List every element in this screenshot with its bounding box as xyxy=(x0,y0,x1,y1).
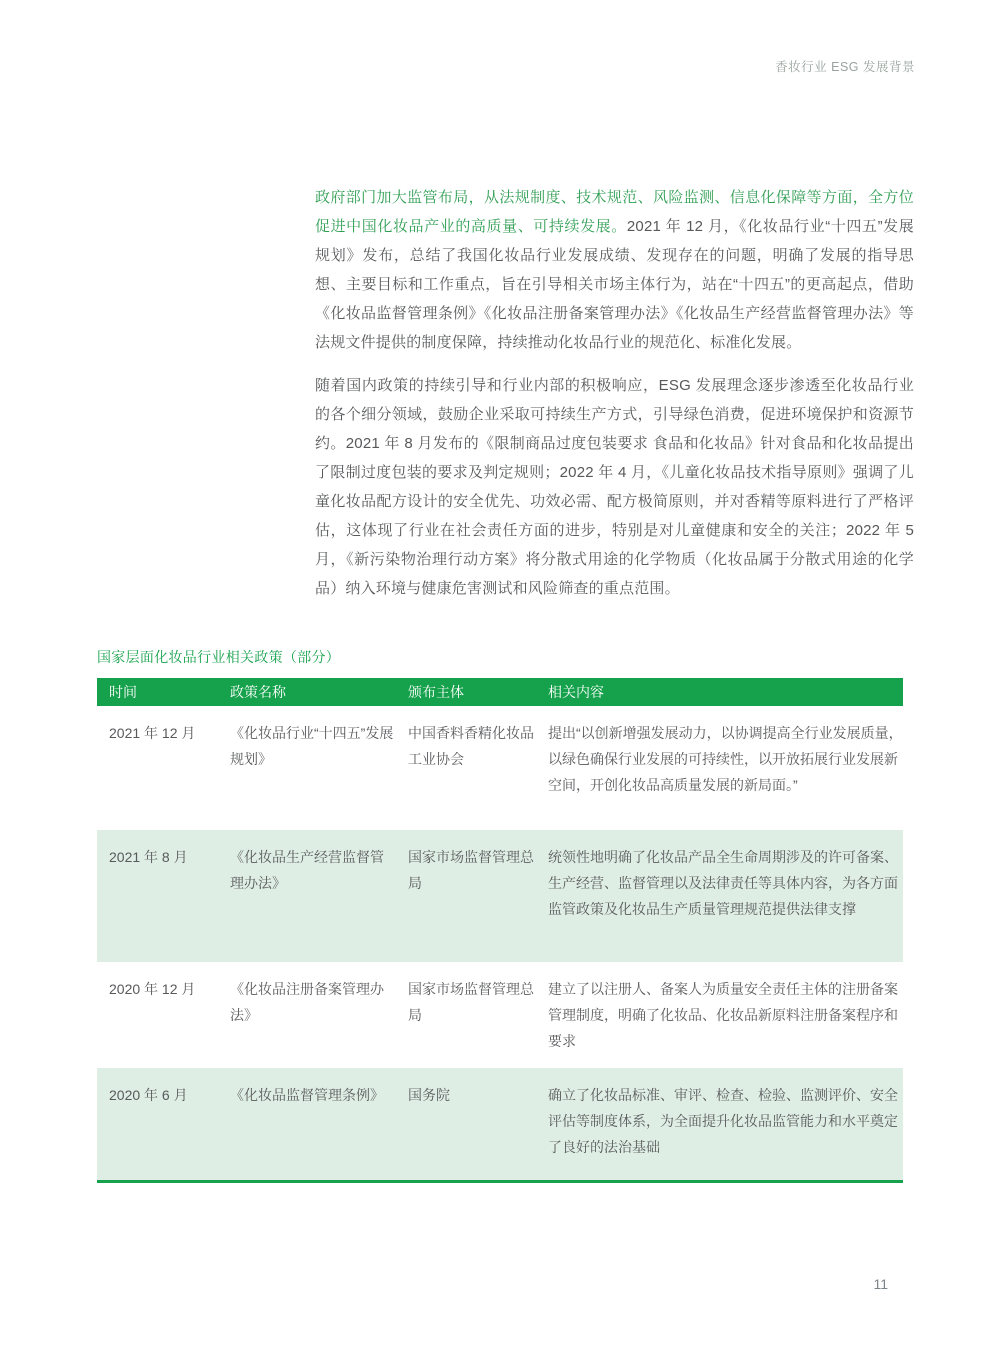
cell-time: 2020 年 12 月 xyxy=(97,962,230,1068)
table-header-row: 时间 政策名称 颁布主体 相关内容 xyxy=(97,678,903,706)
cell-content: 确立了化妆品标准、审评、检查、检验、监测评价、安全评估等制度体系，为全面提升化妆… xyxy=(548,1068,903,1180)
table-row: 2020 年 6 月 《化妆品监督管理条例》 国务院 确立了化妆品标准、审评、检… xyxy=(97,1068,903,1180)
cell-issuer: 中国香料香精化妆品工业协会 xyxy=(408,706,548,830)
cell-content: 提出“以创新增强发展动力，以协调提高全行业发展质量，以绿色确保行业发展的可持续性… xyxy=(548,706,903,830)
policy-table-section: 国家层面化妆品行业相关政策（部分） 时间 政策名称 颁布主体 相关内容 2021… xyxy=(97,647,903,1183)
cell-policy: 《化妆品监督管理条例》 xyxy=(230,1068,408,1180)
table-row: 2021 年 8 月 《化妆品生产经营监督管理办法》 国家市场监督管理总局 统领… xyxy=(97,830,903,962)
table-row: 2021 年 12 月 《化妆品行业“十四五”发展规划》 中国香料香精化妆品工业… xyxy=(97,706,903,830)
cell-content: 统领性地明确了化妆品产品全生命周期涉及的许可备案、生产经营、监督管理以及法律责任… xyxy=(548,830,903,962)
paragraph-body-text: 2021 年 12 月，《化妆品行业“十四五”发展规划》发布，总结了我国化妆品行… xyxy=(315,218,914,351)
table-row: 2020 年 12 月 《化妆品注册备案管理办法》 国家市场监督管理总局 建立了… xyxy=(97,962,903,1068)
paragraph-esg-trend: 随着国内政策的持续引导和行业内部的积极响应，ESG 发展理念逐步渗透至化妆品行业… xyxy=(315,371,914,603)
cell-policy: 《化妆品注册备案管理办法》 xyxy=(230,962,408,1068)
column-header-content: 相关内容 xyxy=(548,682,903,702)
column-header-issuer: 颁布主体 xyxy=(408,682,548,702)
cell-content: 建立了以注册人、备案人为质量安全责任主体的注册备案管理制度，明确了化妆品、化妆品… xyxy=(548,962,903,1068)
table-title: 国家层面化妆品行业相关政策（部分） xyxy=(97,647,903,667)
policy-table: 时间 政策名称 颁布主体 相关内容 2021 年 12 月 《化妆品行业“十四五… xyxy=(97,678,903,1183)
cell-policy: 《化妆品生产经营监督管理办法》 xyxy=(230,830,408,962)
cell-issuer: 国务院 xyxy=(408,1068,548,1180)
paragraph-policy-overview: 政府部门加大监管布局，从法规制度、技术规范、风险监测、信息化保障等方面，全方位促… xyxy=(315,183,914,357)
cell-time: 2020 年 6 月 xyxy=(97,1068,230,1180)
cell-policy: 《化妆品行业“十四五”发展规划》 xyxy=(230,706,408,830)
report-page: 香妆行业 ESG 发展背景 政府部门加大监管布局，从法规制度、技术规范、风险监测… xyxy=(0,0,1000,1357)
cell-issuer: 国家市场监督管理总局 xyxy=(408,962,548,1068)
column-header-time: 时间 xyxy=(97,682,230,702)
cell-time: 2021 年 8 月 xyxy=(97,830,230,962)
cell-issuer: 国家市场监督管理总局 xyxy=(408,830,548,962)
column-header-policy: 政策名称 xyxy=(230,682,408,702)
page-number: 11 xyxy=(873,1276,888,1292)
cell-time: 2021 年 12 月 xyxy=(97,706,230,830)
running-header: 香妆行业 ESG 发展背景 xyxy=(775,57,915,75)
table-body: 2021 年 12 月 《化妆品行业“十四五”发展规划》 中国香料香精化妆品工业… xyxy=(97,706,903,1183)
